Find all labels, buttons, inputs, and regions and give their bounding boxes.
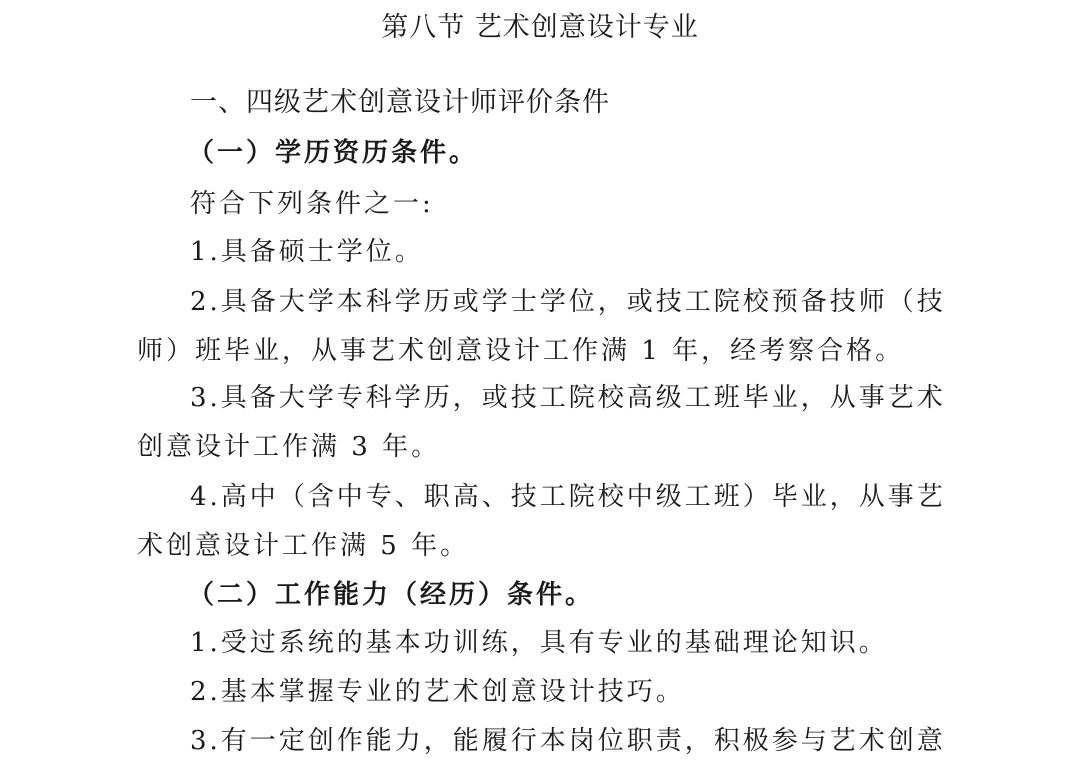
list-item: 2.具备大学本科学历或学士学位，或技工院校预备技师（技 (190, 287, 940, 317)
list-item: 4.高中（含中专、职高、技工院校中级工班）毕业，从事艺 (190, 482, 940, 512)
list-item: 3.具备大学专科学历，或技工院校高级工班毕业，从事艺术 (190, 383, 940, 413)
conditions-intro: 符合下列条件之一: (190, 189, 434, 219)
list-item-continuation: 术创意设计工作满 5 年。 (137, 531, 469, 561)
document-page: 第八节 艺术创意设计专业 一、四级艺术创意设计师评价条件 （一）学历资历条件。 … (0, 0, 1080, 764)
section-heading: 一、四级艺术创意设计师评价条件 (190, 88, 610, 118)
list-item: 1.受过系统的基本功训练，具有专业的基础理论知识。 (190, 628, 888, 658)
page-title: 第八节 艺术创意设计专业 (0, 13, 1080, 43)
list-item-continuation: 师）班毕业，从事艺术创意设计工作满 1 年，经考察合格。 (137, 336, 904, 366)
subsection-heading-work-ability: （二）工作能力（经历）条件。 (188, 580, 594, 610)
subsection-heading-education: （一）学历资历条件。 (188, 138, 478, 168)
list-item: 1.具备硕士学位。 (190, 237, 424, 267)
list-item: 2.基本掌握专业的艺术创意设计技巧。 (190, 677, 685, 707)
list-item: 3.有一定创作能力，能履行本岗位职责，积极参与艺术创意 (190, 726, 940, 756)
list-item-continuation: 创意设计工作满 3 年。 (137, 432, 440, 462)
